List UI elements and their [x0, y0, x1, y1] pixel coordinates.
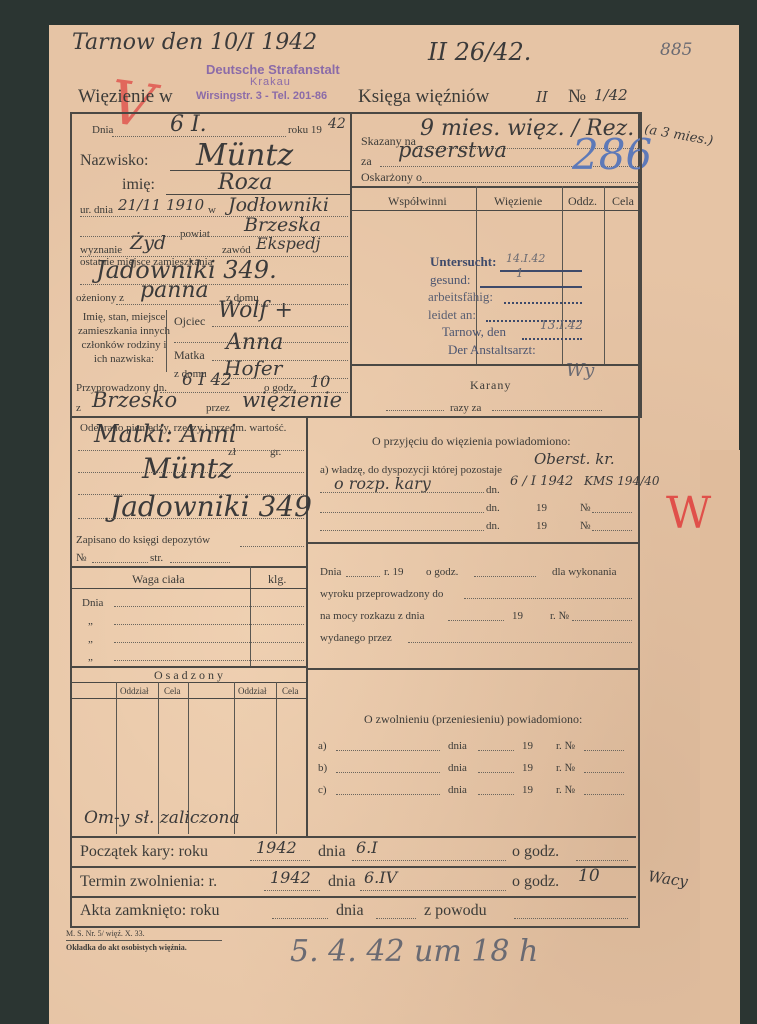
- medical-examined-value: 14.I.42: [506, 252, 545, 265]
- line: [478, 772, 514, 773]
- number-label: №: [568, 86, 586, 108]
- line: [448, 620, 504, 621]
- divider: [70, 698, 308, 699]
- stamp-line: [504, 302, 582, 304]
- occupation-value: Ekspedj: [256, 234, 321, 253]
- transfer-line1-a: Dnia: [320, 566, 341, 578]
- religion-label: wyznanie: [80, 244, 122, 256]
- weight-title: Waga ciała: [132, 572, 185, 587]
- line: [320, 530, 484, 531]
- father-label: Ojciec: [174, 314, 205, 329]
- release-b-dnia: dnia: [448, 762, 467, 774]
- admission-row1-date: 6 / I 1942: [510, 474, 573, 489]
- bracket: [166, 310, 167, 372]
- date-label: Dnia: [92, 124, 113, 136]
- for-value: paserstwa: [398, 138, 507, 162]
- admission-no-2: №: [580, 502, 591, 514]
- deposit-line1: Matki: Anni: [94, 420, 236, 448]
- line: [320, 512, 484, 513]
- medical-healthy-label: gesund:: [430, 272, 470, 288]
- imprint-line2: Okładka do akt osobistych więźnia.: [66, 943, 187, 952]
- release-b-letter: b): [318, 762, 327, 774]
- header-pencil-number: 885: [660, 40, 692, 60]
- line: [78, 450, 304, 451]
- medical-suffers-label: leidet an:: [428, 307, 476, 323]
- footer-divider: [70, 866, 636, 868]
- placed-note: Om-y sł. zaliczona: [84, 808, 240, 828]
- surname-value: Müntz: [196, 138, 293, 173]
- th-prison: Więzienie: [494, 194, 542, 209]
- line: [572, 620, 632, 621]
- year-label: roku 19: [288, 124, 322, 136]
- placed-title: Osadzony: [154, 668, 226, 683]
- stamp-line2: Krakau: [250, 76, 291, 88]
- line: [584, 794, 624, 795]
- line: [170, 562, 230, 563]
- footer-divider: [70, 836, 636, 838]
- from-value: Brzesko: [92, 388, 177, 412]
- line: [114, 642, 304, 643]
- release-day-label: dnia: [328, 873, 356, 891]
- surname-label: Nazwisko:: [80, 152, 148, 170]
- medical-healthy-value: 1: [516, 266, 524, 280]
- admission-year-3: 19: [536, 520, 547, 532]
- line: [464, 598, 632, 599]
- married-label: ożeniony z: [76, 292, 124, 304]
- line: [92, 562, 148, 563]
- firstname-value: Roza: [218, 170, 273, 195]
- date-value: 6 I.: [170, 112, 207, 137]
- admission-year-2: 19: [536, 502, 547, 514]
- line: [474, 576, 536, 577]
- admission-row1-no: KMS 194/40: [584, 474, 660, 488]
- divider: [308, 668, 640, 670]
- footer-divider: [70, 896, 636, 898]
- start-day-label: dnia: [318, 843, 346, 861]
- weight-col-divider: [250, 566, 251, 666]
- table-bottom: [352, 364, 642, 366]
- transfer-line1-b: r. 19: [384, 566, 404, 578]
- release-label: Termin zwolnienia: r.: [80, 873, 217, 891]
- weight-row-2: „: [88, 615, 93, 627]
- weight-unit: klg.: [268, 572, 286, 587]
- brought-value: 6 I 42: [182, 370, 232, 390]
- imprint-rule: [66, 940, 222, 941]
- transfer-line3-b: 19: [512, 610, 523, 622]
- imprint-line1: M. S. Nr. 5/ więź. X. 33.: [66, 929, 145, 938]
- line: [478, 794, 514, 795]
- book-label: Księga więźniów: [358, 86, 489, 108]
- divider: [70, 682, 308, 683]
- from-label: z: [76, 402, 81, 414]
- release-b-year: 19: [522, 762, 533, 774]
- line: [272, 918, 328, 919]
- th-ward: Oddz.: [568, 194, 597, 209]
- release-a-letter: a): [318, 740, 327, 752]
- line: [514, 918, 628, 919]
- line: [336, 794, 440, 795]
- release-day: 6.IV: [364, 868, 397, 887]
- line: [78, 494, 304, 495]
- line: [336, 772, 440, 773]
- family-label: Imię, stan, miejsce zamieszkania innych …: [78, 310, 170, 366]
- district-label: powiat: [180, 228, 210, 240]
- closed-label: Akta zamknięto: roku: [80, 902, 220, 920]
- deposit-line2: Müntz: [142, 452, 233, 485]
- release-a-year: 19: [522, 740, 533, 752]
- line: [212, 326, 348, 327]
- line: [264, 890, 320, 891]
- convictions-times-label: razy za: [450, 402, 481, 414]
- bottom-pencil-note: 5. 4. 42 um 18 h: [290, 934, 538, 969]
- stamp-line: [522, 338, 582, 340]
- section-divider: [70, 416, 640, 418]
- transfer-line1-c: o godz.: [426, 566, 458, 578]
- line: [114, 606, 304, 607]
- release-hour: 10: [578, 866, 600, 886]
- number-value: 1/42: [594, 86, 628, 104]
- admission-dn-3: dn.: [486, 520, 500, 532]
- release-notice-title: O zwolnieniu (przeniesieniu) powiadomion…: [364, 712, 582, 727]
- admission-title: O przyjęciu do więzienia powiadomiono:: [372, 434, 571, 449]
- married-value: panna: [140, 278, 209, 303]
- stamp-line3: Wirsingstr. 3 - Tel. 201-86: [196, 90, 327, 102]
- line: [114, 660, 304, 661]
- line: [584, 750, 624, 751]
- release-year: 1942: [270, 868, 311, 887]
- mother-label: Matka: [174, 348, 205, 363]
- medical-place-label: Tarnow, den: [442, 324, 506, 340]
- line: [78, 472, 304, 473]
- transfer-line4: wydanego przez: [320, 632, 392, 644]
- start-label: Początek kary: roku: [80, 843, 208, 861]
- weight-row-4: „: [88, 651, 93, 663]
- line: [408, 642, 632, 643]
- year-value: 42: [328, 116, 346, 132]
- release-a-no: r. №: [556, 740, 575, 752]
- line: [320, 492, 484, 493]
- born-value: 21/11 1910: [118, 196, 204, 214]
- line: [492, 410, 602, 411]
- col-divider: [604, 186, 605, 364]
- divider: [70, 566, 308, 568]
- transfer-line3-c: r. №: [550, 610, 569, 622]
- col: [276, 682, 277, 834]
- table-header-bottom: [352, 210, 642, 211]
- deposit-registered-label: Zapisano do księgi depozytów: [76, 534, 210, 546]
- line: [78, 518, 304, 519]
- medical-doctor-label: Der Anstaltsarzt:: [448, 342, 536, 358]
- deposit-page-label: str.: [150, 552, 163, 564]
- district-value: Brzeska: [244, 214, 321, 236]
- mother-maiden-value: Hofer: [224, 356, 282, 380]
- medical-fit-label: arbeitsfähig:: [428, 289, 493, 305]
- line: [352, 860, 506, 861]
- line: [592, 512, 632, 513]
- accused-label: Oskarżony o: [361, 170, 422, 185]
- line: [592, 530, 632, 531]
- religion-value: Żyd: [130, 232, 166, 254]
- release-c-year: 19: [522, 784, 533, 796]
- divider: [308, 542, 640, 544]
- born-place-value: Jodłowniki: [228, 194, 329, 216]
- placed-th-cell-1: Cela: [164, 686, 181, 696]
- transfer-line3-a: na mocy rozkazu z dnia: [320, 610, 424, 622]
- medical-place-value: 13.I.42: [540, 318, 583, 332]
- stamp-line: [480, 286, 582, 288]
- deposit-gr: gr.: [270, 446, 281, 458]
- admission-a-value: Oberst. kr.: [534, 450, 615, 468]
- line: [576, 860, 628, 861]
- father-value: Wolf +: [218, 298, 293, 323]
- header-place-date: Tarnow den 10/I 1942: [72, 30, 317, 55]
- placed-th-ward-1: Oddział: [120, 686, 149, 696]
- born-label: ur. dnia: [80, 204, 113, 216]
- line: [80, 284, 348, 285]
- release-hour-label: o godz.: [512, 873, 559, 891]
- medical-examined-label: Untersucht:: [430, 254, 496, 270]
- start-hour-label: o godz.: [512, 843, 559, 861]
- weight-row-3: „: [88, 633, 93, 645]
- divider: [350, 112, 352, 418]
- admission-dn: dn.: [486, 484, 500, 496]
- start-day: 6.I: [356, 838, 378, 857]
- line: [240, 546, 304, 547]
- transfer-line1-d: dla wykonania: [552, 566, 616, 578]
- release-b-no: r. №: [556, 762, 575, 774]
- by-label: przez: [206, 402, 230, 414]
- convictions-title: Karany: [470, 378, 511, 393]
- weight-row-1: Dnia: [82, 597, 103, 609]
- occupation-label: zawód: [222, 244, 251, 256]
- red-letter-w: W: [666, 488, 711, 539]
- closed-day-label: dnia: [336, 902, 364, 920]
- book-value: II: [536, 88, 548, 106]
- table-top: [352, 186, 642, 188]
- release-c-dnia: dnia: [448, 784, 467, 796]
- stamp-line1: Deutsche Strafanstalt: [206, 62, 340, 77]
- release-a-dnia: dnia: [448, 740, 467, 752]
- stamp-line: [500, 270, 582, 272]
- mother-value: Anna: [226, 330, 283, 355]
- line: [376, 918, 416, 919]
- line: [112, 136, 286, 137]
- deposit-no-label: №: [76, 552, 87, 564]
- line: [386, 410, 444, 411]
- line: [584, 772, 624, 773]
- divider: [70, 588, 308, 589]
- placed-th-ward-2: Oddział: [238, 686, 267, 696]
- th-accomplices: Współwinni: [388, 194, 447, 209]
- line: [336, 750, 440, 751]
- by-value: więzienie: [242, 388, 342, 412]
- placed-th-cell-2: Cela: [282, 686, 299, 696]
- mid-divider: [306, 416, 308, 836]
- born-place-label: w: [208, 204, 216, 216]
- header-case-number: II 26/42.: [428, 38, 531, 66]
- release-c-letter: c): [318, 784, 327, 796]
- line: [346, 576, 380, 577]
- line: [114, 624, 304, 625]
- prison-label: Więzienie w: [78, 86, 173, 108]
- right-border: [640, 112, 642, 418]
- release-c-no: r. №: [556, 784, 575, 796]
- admission-no-3: №: [580, 520, 591, 532]
- firstname-label: imię:: [122, 176, 155, 194]
- th-cell: Cela: [612, 194, 634, 209]
- for-label: za: [361, 154, 372, 169]
- admission-row1-hand: o rozp. kary: [334, 474, 431, 493]
- line: [478, 750, 514, 751]
- start-year: 1942: [256, 838, 297, 857]
- transfer-line2: wyroku przeprowadzony do: [320, 588, 443, 600]
- line: [250, 860, 310, 861]
- line: [360, 890, 506, 891]
- line: [422, 182, 640, 183]
- admission-dn-2: dn.: [486, 502, 500, 514]
- closed-reason-label: z powodu: [424, 902, 487, 920]
